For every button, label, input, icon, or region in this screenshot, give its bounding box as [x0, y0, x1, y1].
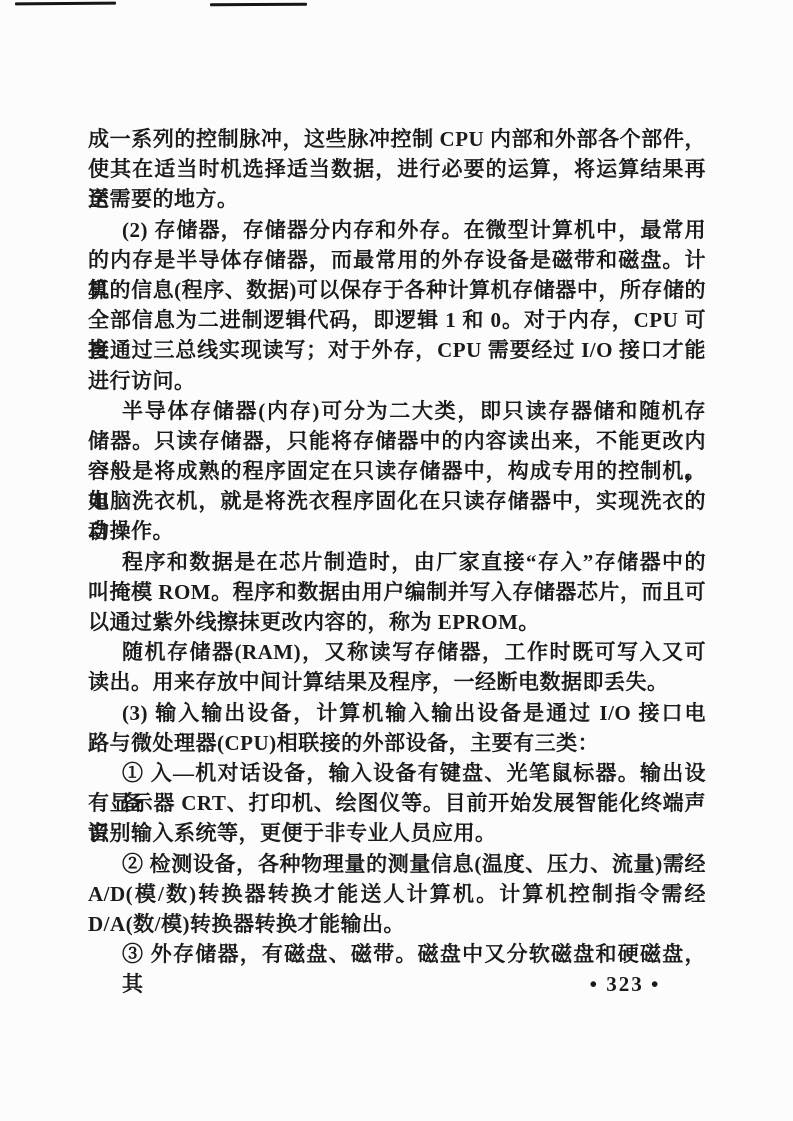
text-line: 路与微处理器(CPU)相联接的外部设备，主要有三类： — [88, 728, 706, 758]
text-line: 成一系列的控制脉冲，这些脉冲控制 CPU 内部和外部各个部件， — [88, 124, 706, 154]
text-line: 的内存是半导体存储器，而最常用的外存设备是磁带和磁盘。计算 — [88, 245, 706, 275]
text-line: 以通过紫外线擦抹更改内容的，称为 EPROM。 — [88, 607, 706, 637]
scanned-book-page: 成一系列的控制脉冲，这些脉冲控制 CPU 内部和外部各个部件， 使其在适当时机选… — [0, 0, 793, 1121]
text-line: 电脑洗衣机，就是将洗衣程序固化在只读存储器中，实现洗衣的自 — [88, 486, 706, 516]
body-text: 成一系列的控制脉冲，这些脉冲控制 CPU 内部和外部各个部件， 使其在适当时机选… — [88, 124, 706, 969]
text-line: 读出。用来存放中间计算结果及程序，一经断电数据即丢失。 — [88, 667, 706, 697]
text-line: ③ 外存储器，有磁盘、磁带。磁盘中又分软磁盘和硬磁盘，其 — [88, 939, 706, 969]
text-line: 动操作。 — [88, 516, 706, 546]
text-line: 半导体存储器(内存)可分为二大类，即只读存器储和随机存 — [88, 396, 706, 426]
text-line: ② 检测设备，各种物理量的测量信息(温度、压力、流量)需经 — [88, 849, 706, 879]
text-line: 程序和数据是在芯片制造时，由厂家直接“存入”存储器中的 — [88, 547, 706, 577]
text-line: 储器。只读存储器，只能将存储器中的内容读出来，不能更改内容。 — [88, 426, 706, 456]
scan-artifact-line-right — [210, 3, 307, 7]
text-line: ① 入—机对话设备，输入设备有键盘、光笔鼠标器。输出设备 — [88, 758, 706, 788]
text-line: (3) 输入输出设备，计算机输入输出设备是通过 I/O 接口电 — [88, 698, 706, 728]
text-line: 叫掩模 ROM。程序和数据由用户编制并写入存储器芯片，而且可 — [88, 577, 706, 607]
text-line: A/D(模/数)转换器转换才能送人计算机。计算机控制指令需经 — [88, 879, 706, 909]
text-line: 随机存储器(RAM)，又称读写存储器，工作时既可写入又可 — [88, 637, 706, 667]
text-line: 有显示器 CRT、打印机、绘图仪等。目前开始发展智能化终端声音 — [88, 788, 706, 818]
text-line: 识别输入系统等，更便于非专业人员应用。 — [88, 818, 706, 848]
page-number: • 323 • — [560, 971, 690, 997]
text-line: D/A(数/模)转换器转换才能输出。 — [88, 909, 706, 939]
text-line: 接通过三总线实现读写；对于外存，CPU 需要经过 I/O 接口才能 — [88, 335, 706, 365]
text-line: 全部信息为二进制逻辑代码，即逻辑 1 和 0。对于内存，CPU 可直 — [88, 305, 706, 335]
text-line: 机的信息(程序、数据)可以保存于各种计算机存储器中，所存储的 — [88, 275, 706, 305]
text-line: 使其在适当时机选择适当数据，进行必要的运算，将运算结果再送 — [88, 154, 706, 184]
text-line: 进行访问。 — [88, 366, 706, 396]
text-line: (2) 存储器，存储器分内存和外存。在微型计算机中，最常用 — [88, 215, 706, 245]
scan-artifact-line-left — [15, 2, 116, 6]
text-line: 至需要的地方。 — [88, 184, 706, 214]
text-line: 一般是将成熟的程序固定在只读存储器中，构成专用的控制机，如 — [88, 456, 706, 486]
